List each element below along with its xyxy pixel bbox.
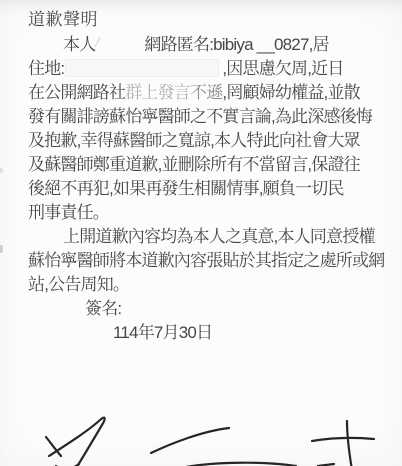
para1-line5: 及抱歉,幸得蘇醫師之寬諒,本人特此向社會大眾 (28, 129, 380, 153)
document-body: 道歉聲明 本人網路匿名:bibiya __0827,居 住地:,因思慮欠周,近日… (28, 7, 380, 345)
para1-line1-pre: 本人 (63, 35, 95, 54)
para1-line8: 刑事責任。 (28, 201, 380, 225)
signature-stroke-right-vertical (347, 421, 352, 466)
para1-line2: 住地:,因思慮欠周,近日 (28, 57, 380, 81)
para1-line2-post: ,因思慮欠周,近日 (222, 59, 343, 78)
para1-line1: 本人網路匿名:bibiya __0827,居 (28, 33, 380, 57)
date-line: 114年7月30日 (28, 321, 380, 345)
para1-line1-post: 網路匿名:bibiya __0827,居 (144, 35, 328, 54)
para1-line2-pre: 住地: (28, 59, 64, 78)
apology-statement-document: 道歉聲明 本人網路匿名:bibiya __0827,居 住地:,因思慮欠周,近日… (0, 0, 402, 466)
para2-line3: 站,公告周知。 (28, 273, 380, 297)
redacted-address-area (65, 59, 219, 77)
para1-line7: 後絕不再犯,如果再發生相關情事,願負一切民 (28, 177, 380, 201)
para1-line3: 在公開網路社群上發言不遜,罔顧婦幼權益,並散 (28, 81, 380, 105)
handwritten-signature (0, 386, 402, 466)
redacted-name-area (95, 36, 144, 50)
signature-stroke-left-main (49, 418, 105, 466)
document-title: 道歉聲明 (28, 7, 380, 33)
signature-stroke-right-horizontal (312, 438, 374, 441)
para1-line3-faded-text: 群上發言 (125, 83, 190, 102)
para1-line3-pre: 在公開網路社 (28, 83, 125, 102)
para1-line3-post: ,罔顧婦幼權益,並散 (222, 83, 359, 102)
signature-stroke-middle (151, 428, 229, 453)
para2-line2: 蘇怡寧醫師將本道歉內容張貼於其指定之處所或網 (28, 249, 380, 273)
photo-edge-artifact (0, 168, 3, 173)
para1-line4: 發有關誹謗蘇怡寧醫師之不實言論,為此深感後悔 (28, 105, 380, 129)
para2-line1: 上開道歉內容均為本人之真意,本人同意授權 (28, 225, 380, 249)
para1-line6: 及蘇醫師鄭重道歉,並刪除所有不當留言,保證往 (28, 153, 380, 177)
photo-edge-artifact (0, 245, 3, 253)
para1-line3-mid: 不遜 (190, 83, 222, 102)
signature-label: 簽名: (28, 297, 380, 321)
